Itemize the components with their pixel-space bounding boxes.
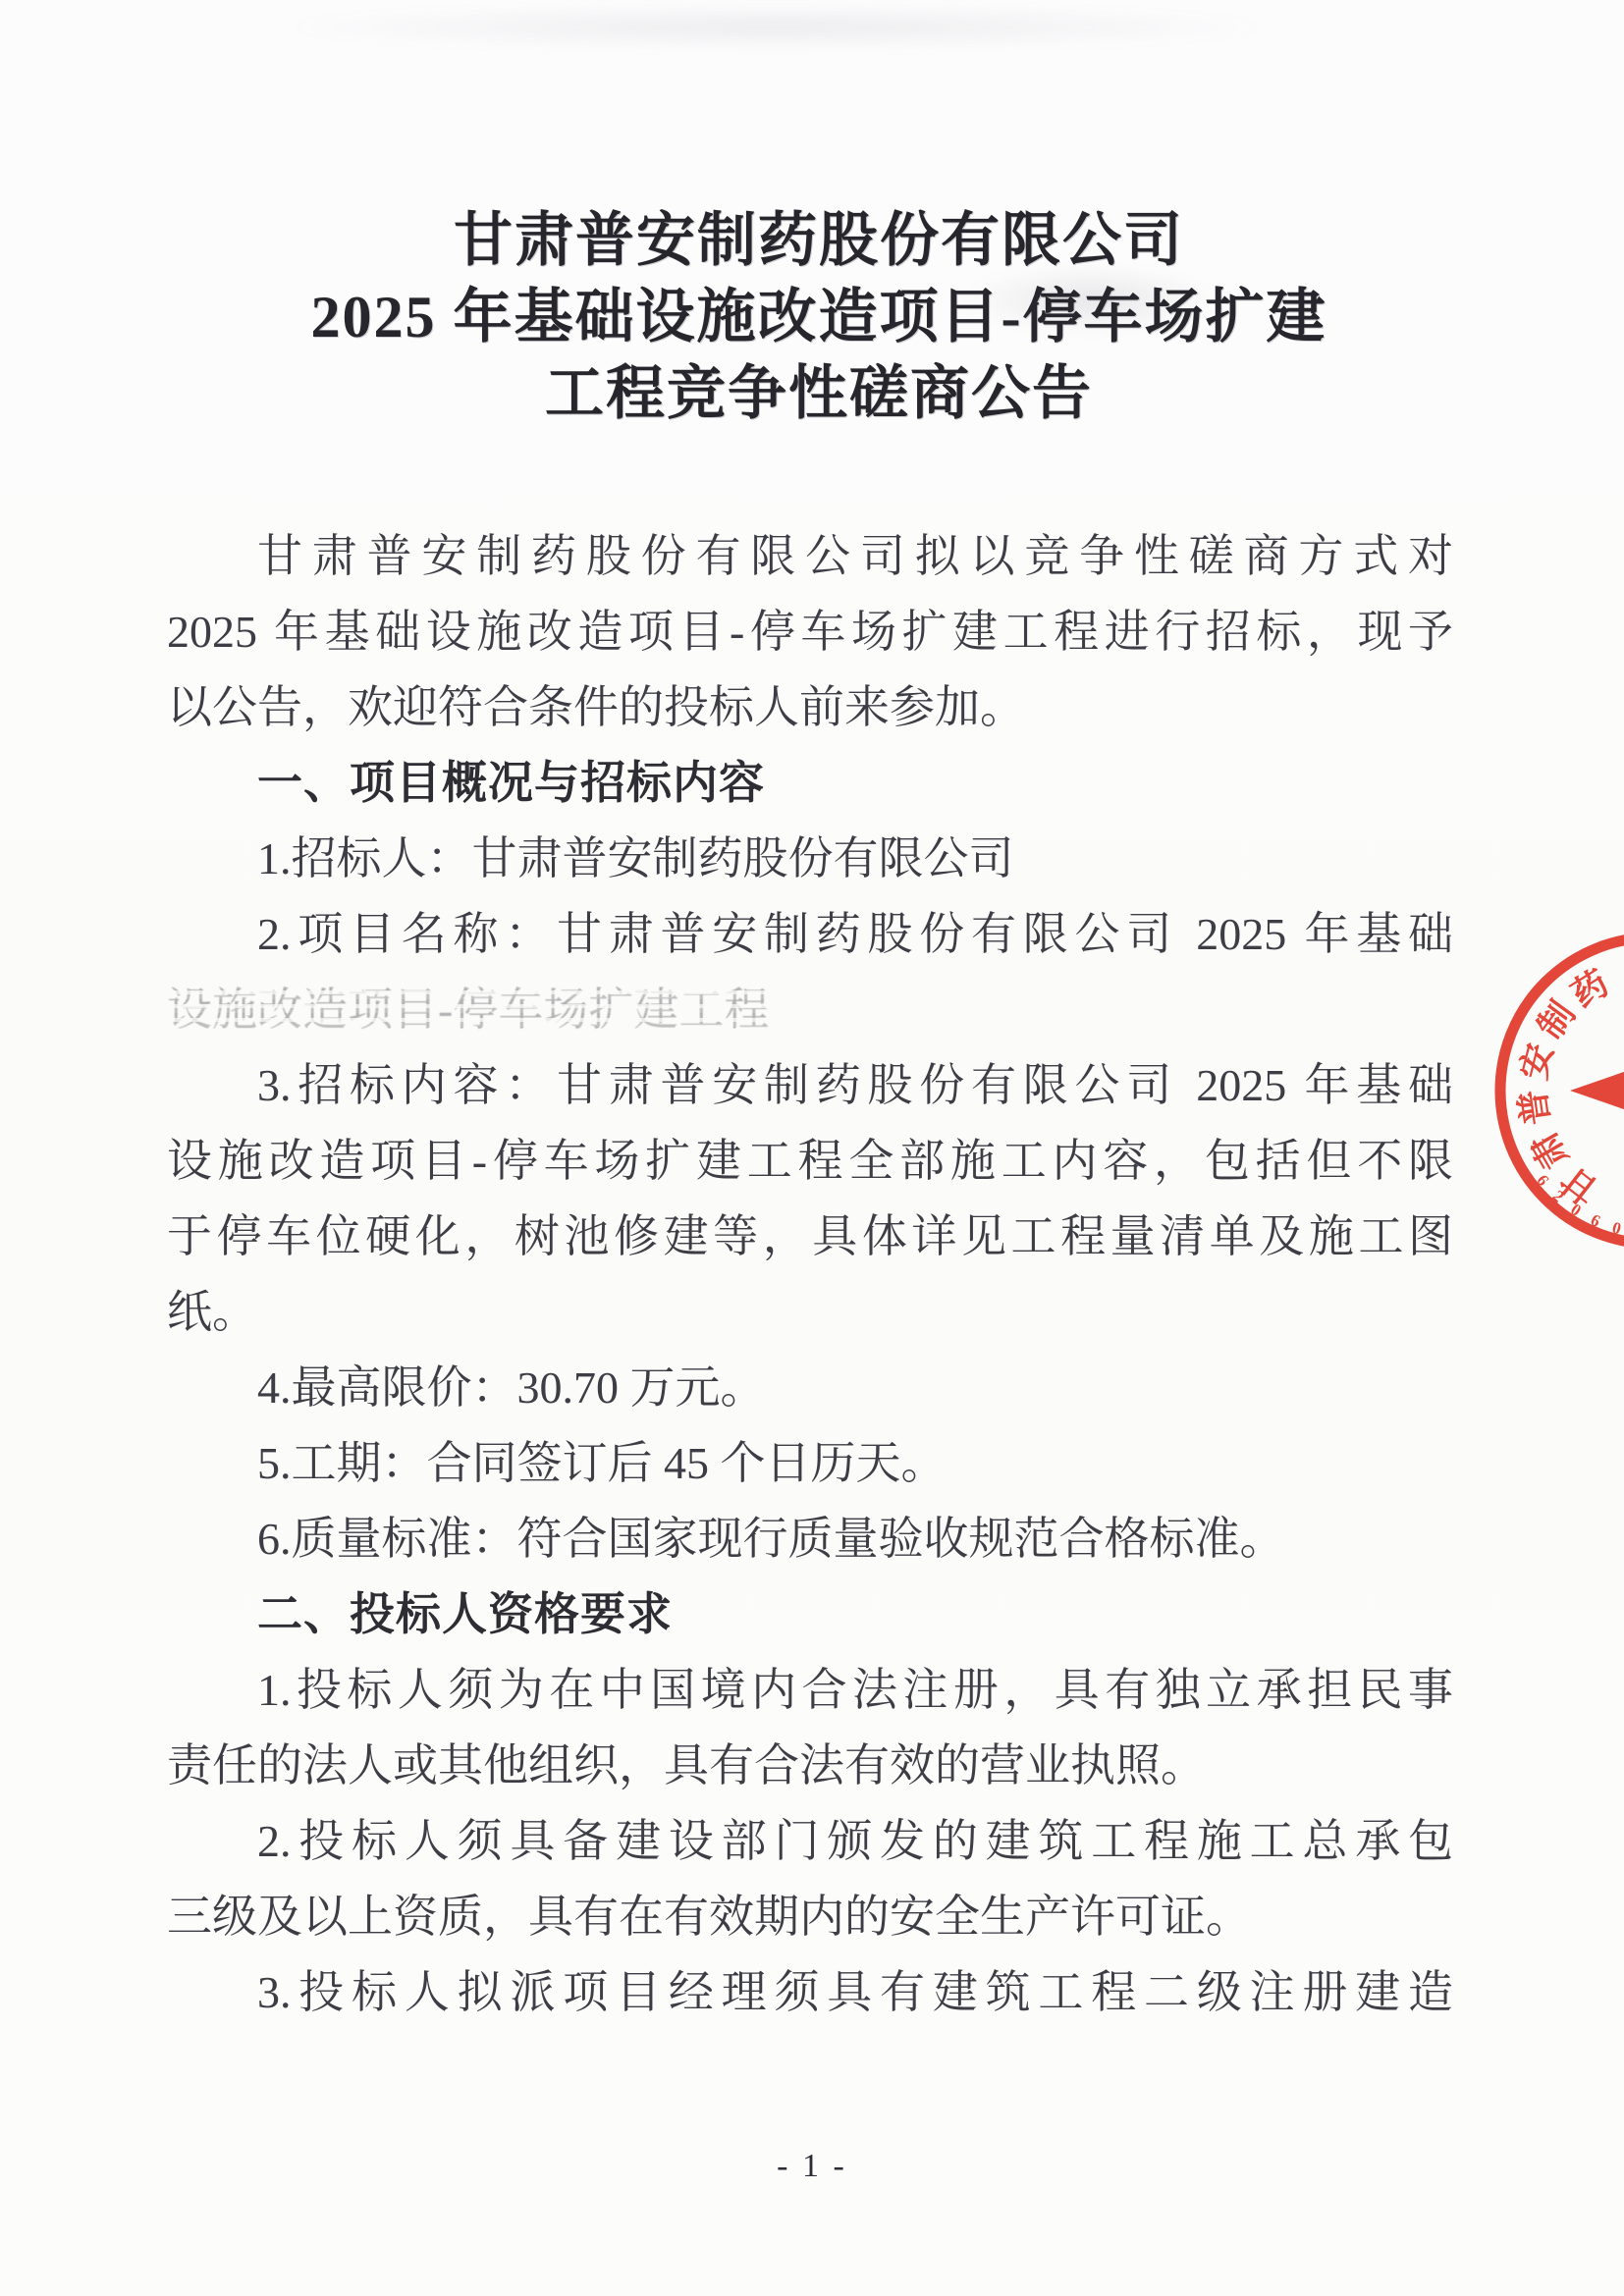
body-line: 二、投标人资格要求	[167, 1576, 1453, 1652]
body-line: 1.投标人须为在中国境内合法注册，具有独立承担民事	[167, 1652, 1453, 1728]
body-line: 2.项目名称：甘肃普安制药股份有限公司 2025 年基础	[167, 896, 1453, 972]
body-line: 4.最高限价：30.70 万元。	[167, 1350, 1453, 1425]
body-line: 5.工期：合同签订后 45 个日历天。	[167, 1425, 1453, 1501]
seal-arc-char: 普	[1513, 1087, 1557, 1127]
body-line: 以公告，欢迎符合条件的投标人前来参加。	[167, 669, 1453, 745]
title-line: 工程竞争性磋商公告	[173, 355, 1465, 432]
document-body: 甘肃普安制药股份有限公司拟以竞争性磋商方式对2025 年基础设施改造项目-停车场…	[167, 518, 1453, 2030]
body-line: 设施改造项目-停车场扩建工程全部施工内容，包括但不限	[167, 1123, 1453, 1199]
body-line: 于停车位硬化，树池修建等，具体详见工程量清单及施工图	[167, 1199, 1453, 1274]
seal-arc-char: 药	[1565, 963, 1616, 1015]
body-line: 责任的法人或其他组织，具有合法有效的营业执照。	[167, 1728, 1453, 1803]
title-line: 2025 年基础设施改造项目-停车场扩建	[173, 279, 1465, 355]
body-line: 纸。	[167, 1274, 1453, 1350]
seal-arc-char: 制	[1531, 994, 1584, 1046]
scanned-page: 甘肃普安制药股份有限公司 2025 年基础设施改造项目-停车场扩建 工程竞争性磋…	[0, 0, 1624, 2296]
body-line: 2.投标人须具备建设部门颁发的建筑工程施工总承包	[167, 1803, 1453, 1879]
body-line: 3.投标人拟派项目经理须具有建筑工程二级注册建造	[167, 1954, 1453, 2030]
body-line: 3.招标内容：甘肃普安制药股份有限公司 2025 年基础	[167, 1047, 1453, 1123]
scan-smudge	[295, 5, 1257, 49]
document-title: 甘肃普安制药股份有限公司 2025 年基础设施改造项目-停车场扩建 工程竞争性磋…	[173, 202, 1465, 432]
seal-code-digit: 6	[1588, 1210, 1602, 1231]
body-line: 甘肃普安制药股份有限公司拟以竞争性磋商方式对	[167, 518, 1453, 594]
body-line: 一、项目概况与招标内容	[167, 745, 1453, 821]
company-seal-stamp: 甘 肃 普 安 制 药 6 2 0 6 0 1 0	[1424, 883, 1624, 1306]
body-line: 2025 年基础设施改造项目-停车场扩建工程进行招标，现予	[167, 594, 1453, 669]
seal-arc-char: 安	[1514, 1040, 1561, 1084]
body-line: 三级及以上资质，具有在有效期内的安全生产许可证。	[167, 1879, 1453, 1954]
seal-star-icon	[1570, 1011, 1624, 1170]
seal-arc-char: 肃	[1524, 1125, 1576, 1175]
page-number: - 1 -	[0, 2148, 1624, 2185]
body-line: 1.招标人：甘肃普安制药股份有限公司	[167, 821, 1453, 896]
body-line: 设施改造项目-停车场扩建工程	[167, 972, 1453, 1047]
body-line: 6.质量标准：符合国家现行质量验收规范合格标准。	[167, 1501, 1453, 1576]
title-line: 甘肃普安制药股份有限公司	[173, 202, 1465, 279]
